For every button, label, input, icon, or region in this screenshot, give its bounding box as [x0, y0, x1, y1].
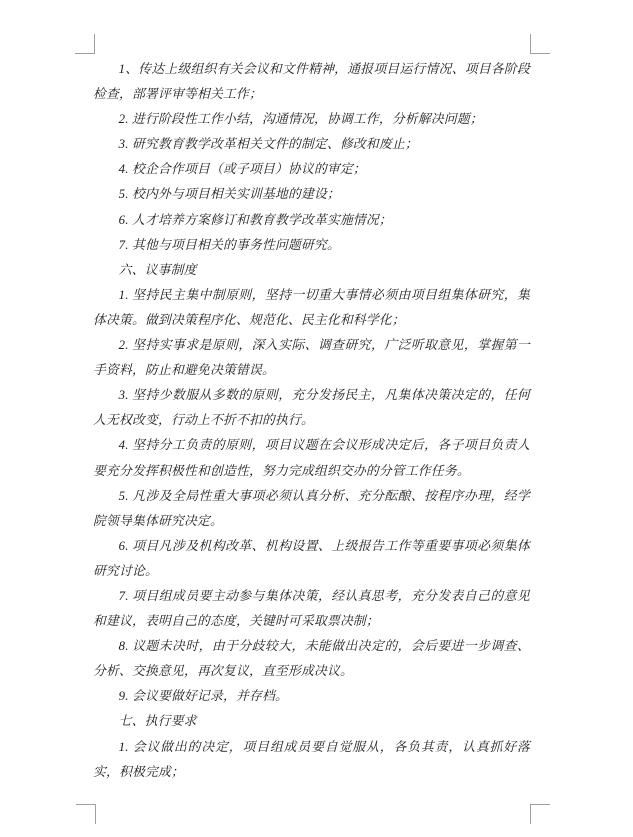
crop-mark-top-left	[75, 34, 95, 54]
crop-mark-bottom-left	[76, 804, 96, 824]
paragraph: 6. 项目凡涉及机构改革、机构设置、上级报告工作等重要事项必须集体研究讨论。	[93, 534, 530, 584]
crop-mark-top-right	[530, 34, 550, 54]
paragraph: 2. 进行阶段性工作小结，沟通情况，协调工作，分析解决问题；	[93, 107, 530, 132]
paragraph: 3. 研究教育教学改革相关文件的制定、修改和废止；	[93, 132, 530, 157]
paragraph: 6. 人才培养方案修订和教育教学改革实施情况；	[93, 208, 530, 233]
document-page: 1、传达上级组织有关会议和文件精神，通报项目运行情况、项目各阶段检查，部署评审等…	[0, 0, 633, 837]
paragraph: 3. 坚持少数服从多数的原则，充分发扬民主，凡集体决策决定的，任何人无权改变，行…	[93, 383, 530, 433]
paragraph: 5. 校内外与项目相关实训基地的建设；	[93, 182, 530, 207]
paragraph: 2. 坚持实事求是原则，深入实际、调查研究，广泛听取意见，掌握第一手资料，防止和…	[93, 333, 530, 383]
paragraph: 9. 会议要做好记录，并存档。	[93, 684, 530, 709]
section-heading-six: 六、议事制度	[93, 258, 530, 283]
document-body: 1、传达上级组织有关会议和文件精神，通报项目运行情况、项目各阶段检查，部署评审等…	[93, 57, 530, 785]
paragraph: 1. 坚持民主集中制原则，坚持一切重大事情必须由项目组集体研究，集体决策。做到决…	[93, 283, 530, 333]
paragraph: 1、传达上级组织有关会议和文件精神，通报项目运行情况、项目各阶段检查，部署评审等…	[93, 57, 530, 107]
paragraph: 4. 校企合作项目（或子项目）协议的审定；	[93, 157, 530, 182]
paragraph: 7. 其他与项目相关的事务性问题研究。	[93, 233, 530, 258]
paragraph: 8. 议题未决时，由于分歧较大，未能做出决定的，会后要进一步调查、分析、交换意见…	[93, 634, 530, 684]
paragraph: 1. 会议做出的决定，项目组成员要自觉服从，各负其责，认真抓好落实，积极完成；	[93, 735, 530, 785]
paragraph: 7. 项目组成员要主动参与集体决策，经认真思考，充分发表自己的意见和建议，表明自…	[93, 584, 530, 634]
section-heading-seven: 七、执行要求	[93, 709, 530, 734]
crop-mark-bottom-right	[530, 804, 550, 824]
paragraph: 5. 凡涉及全局性重大事项必须认真分析、充分酝酿、按程序办理，经学院领导集体研究…	[93, 484, 530, 534]
paragraph: 4. 坚持分工负责的原则，项目议题在会议形成决定后，各子项目负责人要充分发挥积极…	[93, 433, 530, 483]
